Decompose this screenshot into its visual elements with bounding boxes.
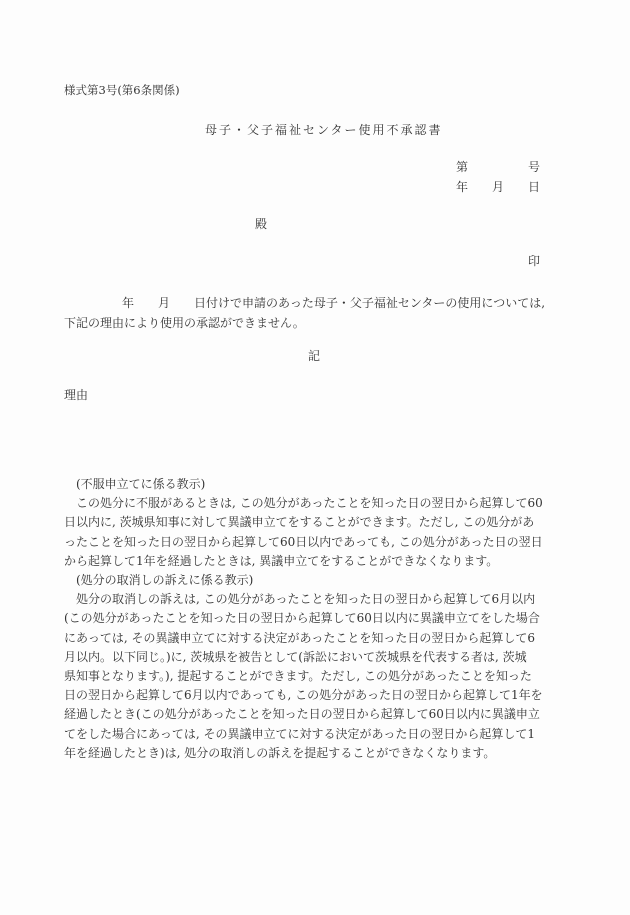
revocation-line: (この処分があったことを知った日の翌日から起算して60日以内に異議申立てをした場…	[64, 609, 564, 628]
revocation-line: にあっては, その異議申立てに対する決定があったことを知った日の翌日から起算して…	[64, 629, 564, 648]
appeal-line: ったことを知った日の翌日から起算して60日以内であっても, この処分があった日の…	[64, 533, 564, 552]
doc-number-prefix: 第	[456, 161, 468, 173]
revocation-line: 経過したとき(この処分があったことを知った日の翌日から起算して60日以内に異議申…	[64, 705, 564, 724]
revocation-line: 日の翌日から起算して6月以内であっても, この処分があった日の翌日から起算して1…	[64, 686, 564, 705]
form-number: 様式第3号(第6条関係)	[64, 85, 180, 97]
legal-notice: (不服申立てに係る教示) この処分に不服があるときは, この処分があったことを知…	[64, 475, 564, 763]
revocation-line: 月以内。以下同じ。)に, 茨城県を被告として(訴訟において茨城県を代表する者は,…	[64, 648, 564, 667]
appeal-line: から起算して1年を経過したときは, 異議申立てをすることができなくなります。	[64, 552, 564, 571]
body-year-label: 年	[122, 296, 134, 310]
revocation-heading: (処分の取消しの訴えに係る教示)	[64, 571, 564, 590]
reason-label: 理由	[64, 389, 88, 401]
appeal-line: この処分に不服があるときは, この処分があったことを知った日の翌日から起算して6…	[64, 494, 564, 513]
revocation-line: 県知事となります。), 提起することができます。ただし, この処分があったことを…	[64, 667, 564, 686]
addressee-suffix: 殿	[255, 218, 267, 230]
appeal-line: 日以内に, 茨城県知事に対して異議申立てをすることができます。ただし, この処分…	[64, 513, 564, 532]
ki-heading: 記	[308, 350, 320, 362]
revocation-line: 処分の取消しの訴えは, この処分があったことを知った日の翌日から起算して6月以内	[64, 590, 564, 609]
revocation-line: 年を経過したとき)は, 処分の取消しの訴えを提起することができなくなります。	[64, 744, 564, 763]
body-month-label: 月	[158, 296, 170, 310]
date-month-label: 月	[492, 181, 504, 193]
doc-number-suffix: 号	[528, 161, 540, 173]
body-line-1: 年月日付けで申請のあった母子・父子福祉センターの使用については,	[64, 293, 564, 313]
revocation-line: てをした場合にあっては, その異議申立てに対する決定があった日の翌日から起算して…	[64, 725, 564, 744]
date-day-label: 日	[528, 181, 540, 193]
appeal-heading: (不服申立てに係る教示)	[64, 475, 564, 494]
document-title: 母子・父子福祉センター使用不承認書	[205, 124, 443, 136]
body-line-1-text: 日付けで申請のあった母子・父子福祉センターの使用については,	[194, 296, 545, 310]
body-paragraph: 年月日付けで申請のあった母子・父子福祉センターの使用については, 下記の理由によ…	[64, 293, 564, 333]
seal-mark: 印	[528, 255, 540, 267]
date-year-label: 年	[456, 181, 468, 193]
body-line-2: 下記の理由により使用の承認ができません。	[64, 313, 564, 333]
